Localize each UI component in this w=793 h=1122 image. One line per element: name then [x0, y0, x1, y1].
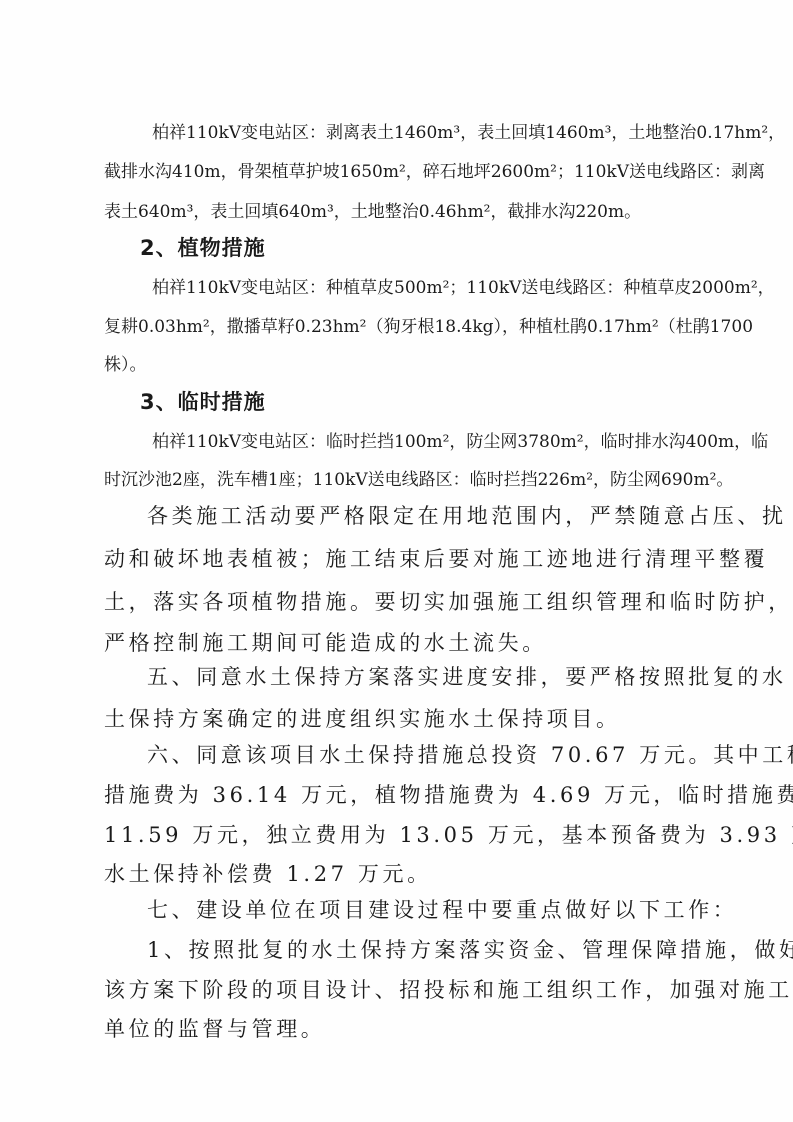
section1-line-1: 柏祥110kV变电站区：剥离表土1460m³，表土回填1460m³，土地整治0.…	[152, 118, 785, 143]
section1-line-3: 表土640m³，表土回填640m³，土地整治0.46hm²，截排水沟220m。	[104, 197, 641, 222]
construction-line-1: 各类施工活动要严格限定在用地范围内，严禁随意占压、扰	[147, 500, 787, 530]
item6-line-3: 11.59 万元，独立费用为 13.05 万元，基本预备费为 3.93 万元，	[104, 819, 793, 849]
item6-line-1: 六、同意该项目水土保持措施总投资 70.67 万元。其中工程	[147, 739, 793, 769]
item7-line-4: 单位的监督与管理。	[104, 1013, 325, 1043]
item6-line-4: 水土保持补偿费 1.27 万元。	[104, 858, 432, 888]
section2-line-1: 柏祥110kV变电站区：种植草皮500m²；110kV送电线路区：种植草皮200…	[152, 273, 775, 298]
section2-heading: 2、植物措施	[140, 232, 266, 262]
item7-line-1: 七、建设单位在项目建设过程中要重点做好以下工作：	[147, 894, 737, 924]
section1-line-2: 截排水沟410m，骨架植草护坡1650m²，碎石地坪2600m²；110kV送电…	[104, 157, 765, 182]
construction-line-2: 动和破坏地表植被；施工结束后要对施工迹地进行清理平整覆	[104, 543, 768, 573]
section3-heading: 3、临时措施	[140, 386, 266, 416]
item6-line-2: 措施费为 36.14 万元，植物措施费为 4.69 万元，临时措施费为	[104, 779, 793, 809]
section3-line-1: 柏祥110kV变电站区：临时拦挡100m²，防尘网3780m²，临时排水沟400…	[152, 427, 768, 452]
item5-line-2: 土保持方案确定的进度组织实施水土保持项目。	[104, 703, 621, 733]
section2-line-3: 株）。	[104, 350, 147, 375]
item5-line-1: 五、同意水土保持方案落实进度安排，要严格按照批复的水	[147, 661, 787, 691]
item7-line-2: 1、按照批复的水土保持方案落实资金、管理保障措施，做好	[147, 934, 793, 964]
construction-line-3: 土，落实各项植物措施。要切实加强施工组织管理和临时防护，	[104, 586, 793, 616]
section2-line-2: 复耕0.03hm²，撒播草籽0.23hm²（狗牙根18.4kg），种植杜鹃0.1…	[104, 312, 753, 337]
section3-line-2: 时沉沙池2座，洗车槽1座；110kV送电线路区：临时拦挡226m²，防尘网690…	[104, 465, 733, 490]
construction-line-4: 严格控制施工期间可能造成的水土流失。	[104, 627, 547, 657]
item7-line-3: 该方案下阶段的项目设计、招投标和施工组织工作，加强对施工	[104, 974, 793, 1004]
document-page: 柏祥110kV变电站区：剥离表土1460m³，表土回填1460m³，土地整治0.…	[0, 0, 793, 1122]
